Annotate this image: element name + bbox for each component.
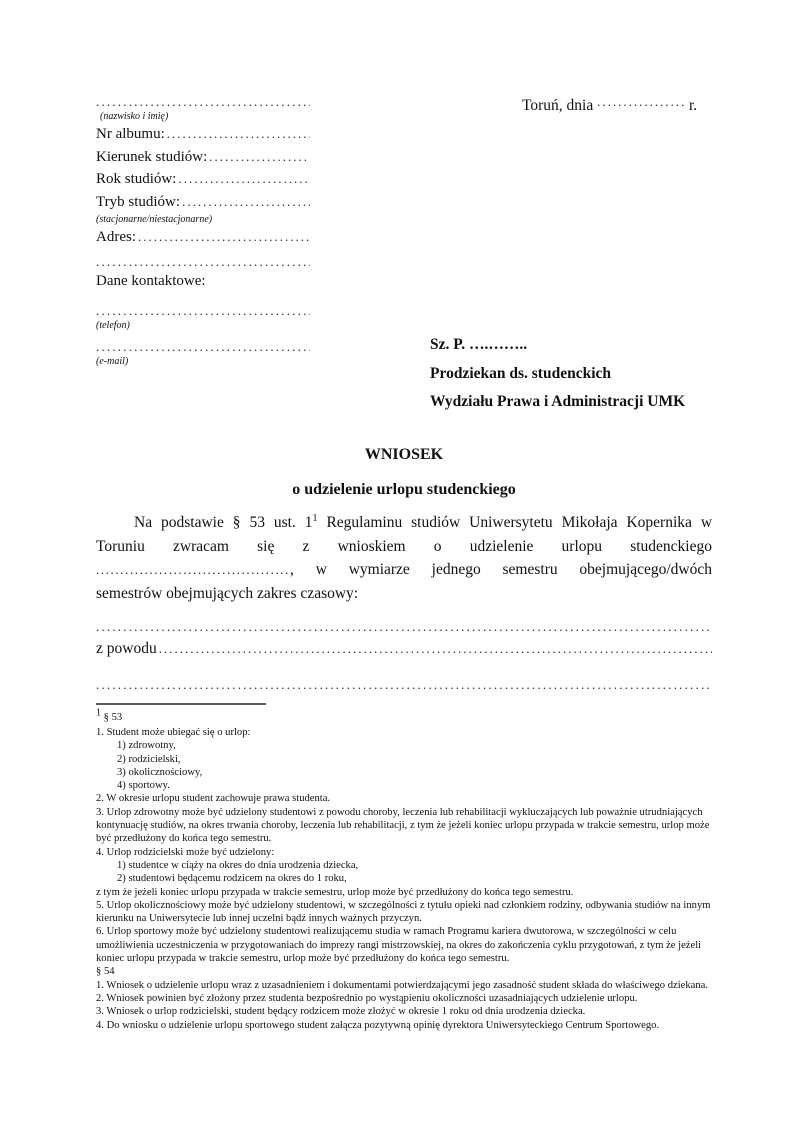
document-page: Toruń, dnia ............................… <box>0 0 800 1130</box>
footnote-reference-marker: 1 <box>313 513 318 524</box>
date-fill-field: ........................................… <box>597 94 685 110</box>
date-prefix: Toruń, dnia <box>522 97 593 114</box>
address-label: Adres: <box>96 226 138 249</box>
footnote-line: 1) studentce w ciąży na okres do dnia ur… <box>96 859 716 872</box>
name-fill-field: ........................................… <box>96 93 310 110</box>
footnote-line: 2) studentowi będącemu rodzicem na okres… <box>96 872 716 885</box>
request-line-1: Na podstawie § 53 ust. 11 Regulaminu stu… <box>96 511 712 535</box>
address-fill-field: ........................................… <box>138 226 310 249</box>
document-title-block: WNIOSEK o udzielenie urlopu studenckiego <box>96 446 712 499</box>
footnote-block: 1 § 53 1. Student może ubiegać się o url… <box>96 710 716 1032</box>
footnote-line: 2) rodzicielski, <box>96 753 716 766</box>
footnote-separator-rule <box>96 703 266 705</box>
date-line: Toruń, dnia ............................… <box>522 94 697 115</box>
footnote-line: 6. Urlop sportowy może być udzielony stu… <box>96 925 716 965</box>
addressee-faculty: Wydziału Prawa i Administracji UMK <box>430 388 685 417</box>
request-paragraph: Na podstawie § 53 ust. 11 Regulaminu stu… <box>96 511 712 605</box>
reason-fill-field-2: ........................................… <box>96 676 712 693</box>
addressee-title: Prodziekan ds. studenckich <box>430 360 685 389</box>
album-number-row: Nr albumu:..............................… <box>96 123 310 146</box>
footnote-line: 3. Urlop zdrowotny może być udzielony st… <box>96 806 716 846</box>
date-suffix: r. <box>689 97 697 114</box>
name-caption: (nazwisko i imię) <box>96 110 310 123</box>
email-fill-field: ........................................… <box>96 338 310 355</box>
addressee-block: Sz. P. ….…….. Prodziekan ds. studenckich… <box>430 331 685 417</box>
leave-type-fill-field: ........................................ <box>96 562 290 577</box>
study-year-fill-field: ........................................… <box>178 168 310 191</box>
email-caption: (e-mail) <box>96 355 310 368</box>
footnote-line: 4) sportowy. <box>96 779 716 792</box>
footnote-line: 4. Urlop rodzicielski może być udzielony… <box>96 846 716 859</box>
footnote-heading: 1 § 53 <box>96 710 716 726</box>
study-year-row: Rok studiów:............................… <box>96 168 310 191</box>
phone-caption: (telefon) <box>96 319 310 332</box>
footnote-line: 3. Wniosek o urlop rodzicielski, student… <box>96 1005 716 1018</box>
study-field-fill-field: ........................................… <box>209 146 310 169</box>
document-title: WNIOSEK <box>96 446 712 464</box>
reason-row: z powodu................................… <box>96 637 712 660</box>
address-row: Adres:..................................… <box>96 226 310 249</box>
study-year-label: Rok studiów: <box>96 168 178 191</box>
study-field-label: Kierunek studiów: <box>96 146 209 169</box>
request-line-2: Toruniu zwracam się z wnioskiem o udziel… <box>96 535 712 559</box>
footnote-line: 2. W okresie urlopu student zachowuje pr… <box>96 792 716 805</box>
footnote-section-54: § 54 <box>96 965 716 978</box>
document-subtitle: o udzielenie urlopu studenckiego <box>96 481 712 499</box>
footnote-line: 1. Wniosek o udzielenie urlopu wraz z uz… <box>96 979 716 992</box>
footnote-line: z tym że jeżeli koniec urlopu przypada w… <box>96 886 716 899</box>
applicant-info-block: ........................................… <box>96 93 310 368</box>
footnote-line: 4. Do wniosku o udzielenie urlopu sporto… <box>96 1019 716 1032</box>
request-line-4: semestrów obejmujących zakres czasowy: <box>96 582 712 606</box>
phone-fill-field: ........................................… <box>96 302 310 319</box>
study-mode-fill-field: ........................................… <box>182 191 310 214</box>
footnote-line: 1. Student może ubiegać się o urlop: <box>96 726 716 739</box>
addressee-salutation: Sz. P. ….…….. <box>430 331 685 360</box>
period-fill-field: ........................................… <box>96 618 712 635</box>
request-line-3: ........................................… <box>96 558 712 582</box>
footnote-line: 1) zdrowotny, <box>96 739 716 752</box>
study-mode-label: Tryb studiów: <box>96 191 182 214</box>
footnote-line: 2. Wniosek powinien być złożony przez st… <box>96 992 716 1005</box>
album-number-fill-field: ........................................… <box>167 123 310 146</box>
footnote-line: 5. Urlop okolicznościowy może być udziel… <box>96 899 716 926</box>
study-mode-caption: (stacjonarne/niestacjonarne) <box>96 213 310 226</box>
footnote-marker: 1 <box>96 707 101 718</box>
reason-fill-field: ........................................… <box>159 637 712 660</box>
reason-label: z powodu <box>96 637 159 660</box>
study-field-row: Kierunek studiów:.......................… <box>96 146 310 169</box>
album-number-label: Nr albumu: <box>96 123 167 146</box>
study-mode-row: Tryb studiów:...........................… <box>96 191 310 214</box>
footnote-line: 3) okolicznościowy, <box>96 766 716 779</box>
address-fill-field-2: ........................................… <box>96 253 310 270</box>
contact-label: Dane kontaktowe: <box>96 270 310 293</box>
